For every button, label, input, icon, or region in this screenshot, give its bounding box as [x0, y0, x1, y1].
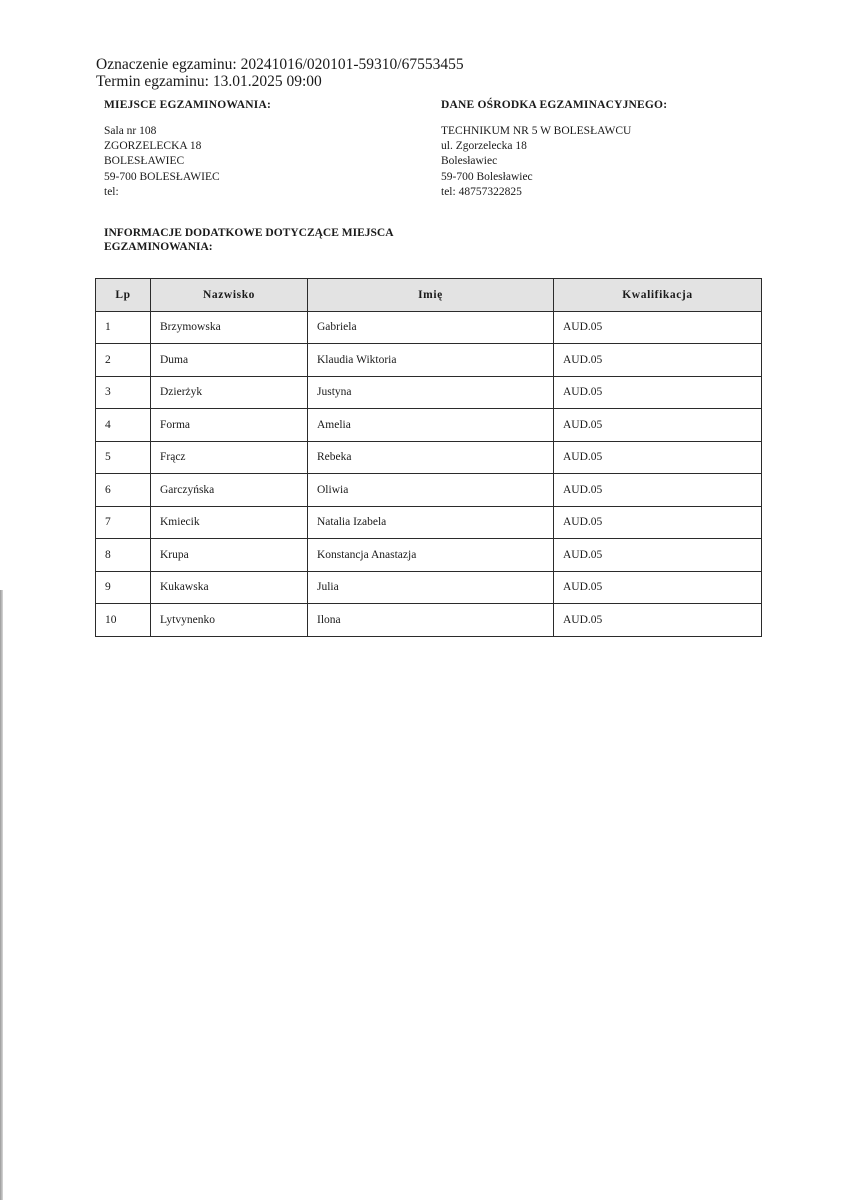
cell-lp: 10 [96, 604, 151, 637]
cell-qualification: AUD.05 [554, 604, 762, 637]
additional-info-title-line: INFORMACJE DODATKOWE DOTYCZĄCE MIEJSCA [104, 226, 424, 240]
exam-code: Oznaczenie egzaminu: 20241016/020101-593… [96, 56, 464, 73]
cell-first-name: Konstancja Anastazja [308, 539, 554, 572]
scan-edge-artifact [0, 590, 3, 1200]
cell-lp: 8 [96, 539, 151, 572]
cell-lp: 9 [96, 571, 151, 604]
cell-qualification: AUD.05 [554, 311, 762, 344]
exam-center-section: DANE OŚRODKA EGZAMINACYJNEGO: TECHNIKUM … [441, 98, 761, 200]
cell-lp: 7 [96, 506, 151, 539]
table-row: 5FrączRebekaAUD.05 [96, 441, 762, 474]
table-row: 7KmiecikNatalia IzabelaAUD.05 [96, 506, 762, 539]
cell-lp: 6 [96, 474, 151, 507]
cell-surname: Duma [151, 344, 308, 377]
table-row: 10LytvynenkoIlonaAUD.05 [96, 604, 762, 637]
cell-lp: 5 [96, 441, 151, 474]
cell-qualification: AUD.05 [554, 441, 762, 474]
address-line: tel: 48757322825 [441, 185, 761, 200]
column-header-lp: Lp [96, 279, 151, 312]
table-row: 9KukawskaJuliaAUD.05 [96, 571, 762, 604]
cell-qualification: AUD.05 [554, 539, 762, 572]
address-line: 59-700 BOLESŁAWIEC [104, 170, 424, 185]
cell-first-name: Ilona [308, 604, 554, 637]
table-row: 4FormaAmeliaAUD.05 [96, 409, 762, 442]
cell-surname: Dzierżyk [151, 376, 308, 409]
cell-qualification: AUD.05 [554, 376, 762, 409]
address-line: Bolesławiec [441, 154, 761, 169]
cell-first-name: Amelia [308, 409, 554, 442]
cell-surname: Kmiecik [151, 506, 308, 539]
cell-lp: 1 [96, 311, 151, 344]
table-row: 8KrupaKonstancja AnastazjaAUD.05 [96, 539, 762, 572]
cell-first-name: Justyna [308, 376, 554, 409]
exam-meta: Oznaczenie egzaminu: 20241016/020101-593… [96, 56, 464, 90]
cell-lp: 4 [96, 409, 151, 442]
cell-first-name: Oliwia [308, 474, 554, 507]
cell-qualification: AUD.05 [554, 474, 762, 507]
column-header-qualification: Kwalifikacja [554, 279, 762, 312]
cell-surname: Kukawska [151, 571, 308, 604]
column-header-surname: Nazwisko [151, 279, 308, 312]
cell-first-name: Rebeka [308, 441, 554, 474]
exam-center-address: TECHNIKUM NR 5 W BOLESŁAWCU ul. Zgorzele… [441, 124, 761, 200]
exam-location-title: MIEJSCE EGZAMINOWANIA: [104, 98, 424, 112]
table-header-row: Lp Nazwisko Imię Kwalifikacja [96, 279, 762, 312]
address-line: TECHNIKUM NR 5 W BOLESŁAWCU [441, 124, 761, 139]
address-line: 59-700 Bolesławiec [441, 170, 761, 185]
cell-qualification: AUD.05 [554, 409, 762, 442]
cell-qualification: AUD.05 [554, 506, 762, 539]
address-line: ZGORZELECKA 18 [104, 139, 424, 154]
cell-surname: Krupa [151, 539, 308, 572]
cell-surname: Frącz [151, 441, 308, 474]
address-line: ul. Zgorzelecka 18 [441, 139, 761, 154]
exam-location-address: Sala nr 108 ZGORZELECKA 18 BOLESŁAWIEC 5… [104, 124, 424, 200]
exam-location-section: MIEJSCE EGZAMINOWANIA: Sala nr 108 ZGORZ… [104, 98, 424, 200]
cell-surname: Lytvynenko [151, 604, 308, 637]
additional-info-title-line: EGZAMINOWANIA: [104, 240, 424, 254]
cell-first-name: Klaudia Wiktoria [308, 344, 554, 377]
cell-first-name: Julia [308, 571, 554, 604]
cell-qualification: AUD.05 [554, 344, 762, 377]
cell-surname: Brzymowska [151, 311, 308, 344]
additional-info-title: INFORMACJE DODATKOWE DOTYCZĄCE MIEJSCA E… [104, 226, 424, 254]
address-line: tel: [104, 185, 424, 200]
table-row: 2DumaKlaudia WiktoriaAUD.05 [96, 344, 762, 377]
students-table: Lp Nazwisko Imię Kwalifikacja 1Brzymowsk… [95, 278, 762, 637]
table-row: 3DzierżykJustynaAUD.05 [96, 376, 762, 409]
table-body: 1BrzymowskaGabrielaAUD.052DumaKlaudia Wi… [96, 311, 762, 636]
exam-center-title: DANE OŚRODKA EGZAMINACYJNEGO: [441, 98, 761, 112]
cell-qualification: AUD.05 [554, 571, 762, 604]
cell-lp: 3 [96, 376, 151, 409]
exam-date: Termin egzaminu: 13.01.2025 09:00 [96, 73, 464, 90]
cell-first-name: Natalia Izabela [308, 506, 554, 539]
column-header-first-name: Imię [308, 279, 554, 312]
cell-lp: 2 [96, 344, 151, 377]
cell-surname: Garczyńska [151, 474, 308, 507]
address-line: BOLESŁAWIEC [104, 154, 424, 169]
table-row: 6GarczyńskaOliwiaAUD.05 [96, 474, 762, 507]
cell-first-name: Gabriela [308, 311, 554, 344]
cell-surname: Forma [151, 409, 308, 442]
table-row: 1BrzymowskaGabrielaAUD.05 [96, 311, 762, 344]
address-line: Sala nr 108 [104, 124, 424, 139]
